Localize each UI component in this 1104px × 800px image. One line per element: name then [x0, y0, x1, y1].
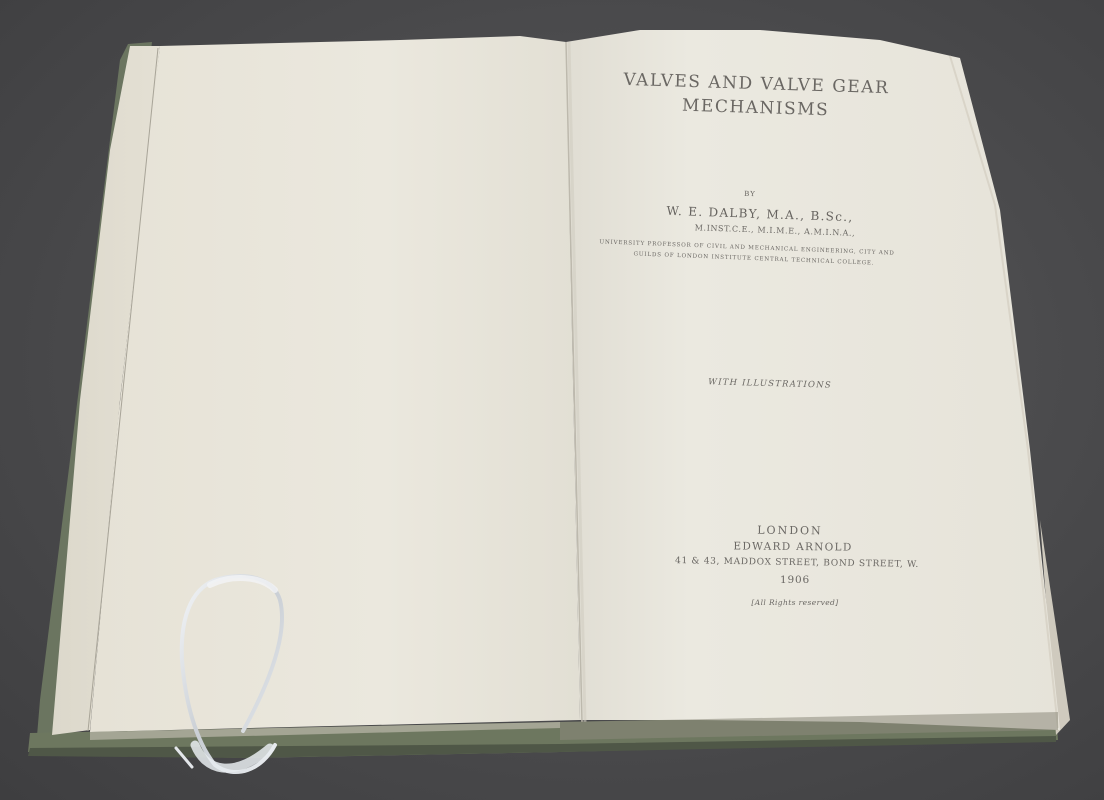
- book-photo: VALVES AND VALVE GEAR MECHANISMS BY W. E…: [0, 0, 1104, 800]
- by-label: BY: [720, 189, 780, 199]
- book: [0, 0, 1104, 800]
- rights-notice: [All Rights reserved]: [740, 598, 850, 607]
- publisher-name: EDWARD ARNOLD: [718, 540, 868, 554]
- publication-year: 1906: [770, 574, 820, 586]
- book-title: VALVES AND VALVE GEAR MECHANISMS: [597, 67, 914, 125]
- left-page: [90, 36, 580, 732]
- book-shape: [0, 0, 1104, 800]
- publication-city: LONDON: [740, 523, 840, 537]
